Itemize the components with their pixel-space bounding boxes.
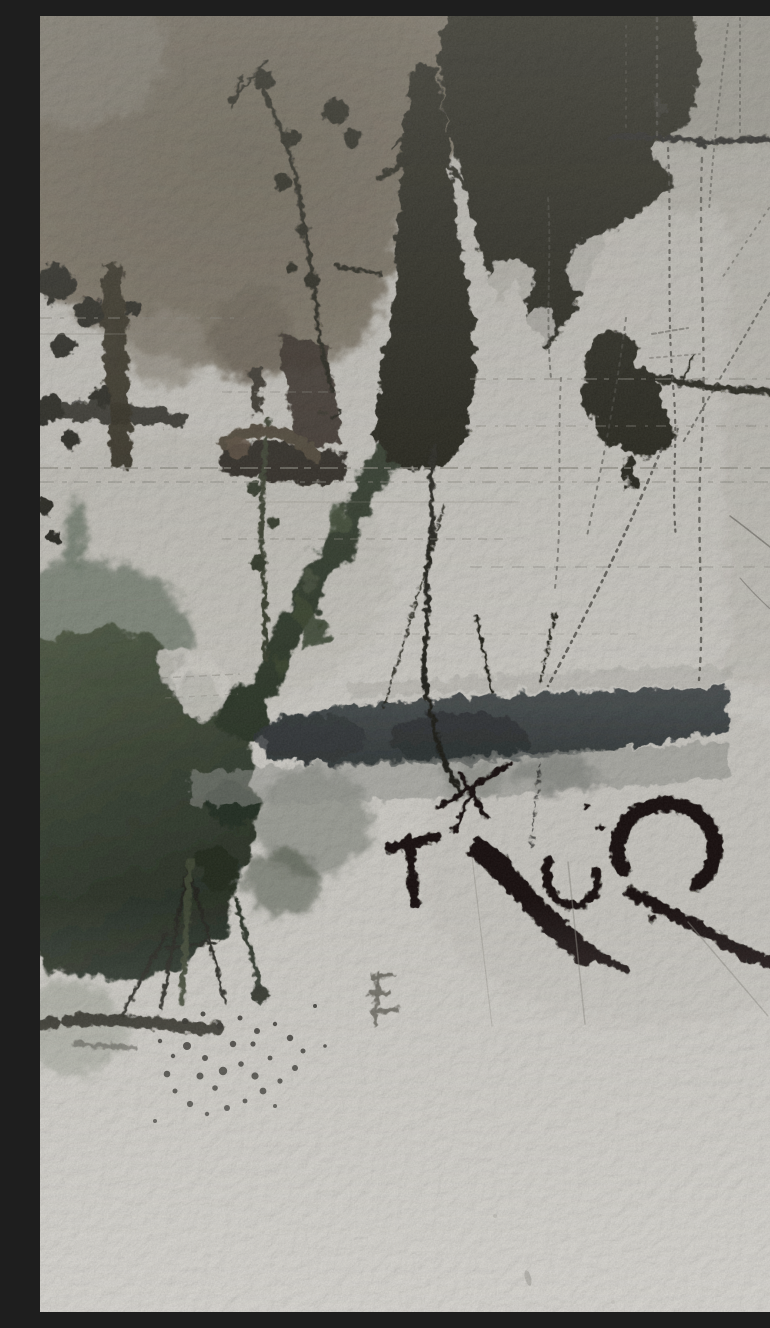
paper-grain-light [40,16,770,1312]
artwork-photo [40,16,770,1312]
painting-canvas [40,16,770,1312]
